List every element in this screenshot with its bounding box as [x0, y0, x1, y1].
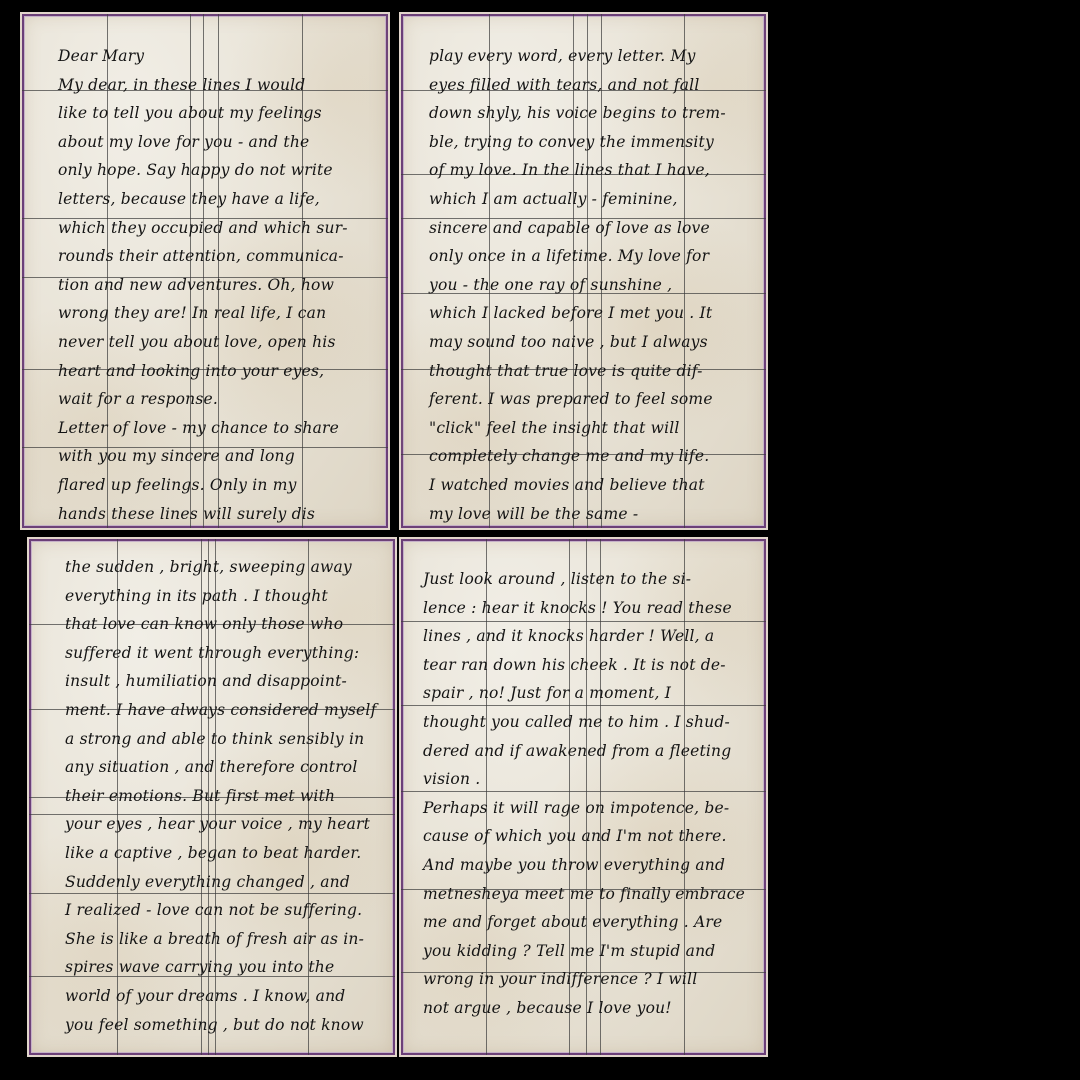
text-line: hands these lines will surely dis — [58, 500, 348, 529]
text-line: "click" feel the insight that will — [429, 414, 726, 443]
text-line: may sound too naive , but I always — [429, 328, 726, 357]
text-line: which they occupied and which sur- — [58, 214, 348, 243]
text-line: ment. I have always considered myself — [65, 696, 377, 725]
text-line: your eyes , hear your voice , my heart — [65, 810, 377, 839]
text-line: spires wave carrying you into the — [65, 953, 377, 982]
text-line: Letter of love - my chance to share — [58, 414, 348, 443]
text-line: everything in its path . I thought — [65, 582, 377, 611]
text-line: play every word, every letter. My — [429, 42, 726, 71]
text-line: Perhaps it will rage on impotence, be- — [423, 794, 745, 823]
text-line: you feel something , but do not know — [65, 1011, 377, 1040]
text-line: wrong in your indifference ? I will — [423, 965, 745, 994]
text-line: wrong they are! In real life, I can — [58, 299, 348, 328]
text-line: tear ran down his cheek . It is not de- — [423, 651, 745, 680]
text-line: Just look around , listen to the si- — [423, 565, 745, 594]
text-line: tion and new adventures. Oh, how — [58, 271, 348, 300]
letter-page-3: the sudden , bright, sweeping away every… — [27, 537, 397, 1057]
text-line: only hope. Say happy do not write — [58, 156, 348, 185]
text-line: only once in a lifetime. My love for — [429, 242, 726, 271]
text-line: wait for a response. — [58, 385, 348, 414]
text-line: I watched movies and believe that — [429, 471, 726, 500]
text-line: Dear Mary — [58, 42, 348, 71]
letter-text: the sudden , bright, sweeping away every… — [65, 553, 377, 1039]
text-line: the sudden , bright, sweeping away — [65, 553, 377, 582]
text-line: metnesheya meet me to finally embrace — [423, 880, 745, 909]
text-line: vision . — [423, 765, 745, 794]
text-line: me and forget about everything . Are — [423, 908, 745, 937]
text-line: ble, trying to convey the immensity — [429, 128, 726, 157]
text-line: thought you called me to him . I shud- — [423, 708, 745, 737]
text-line: spair , no! Just for a moment, I — [423, 679, 745, 708]
text-line: which I lacked before I met you . It — [429, 299, 726, 328]
text-line: ferent. I was prepared to feel some — [429, 385, 726, 414]
text-line: like a captive , began to beat harder. — [65, 839, 377, 868]
text-line: eyes filled with tears, and not fall — [429, 71, 726, 100]
letter-page-2: play every word, every letter. My eyes f… — [399, 12, 768, 530]
letter-text: play every word, every letter. My eyes f… — [429, 42, 726, 528]
text-line: thought that true love is quite dif- — [429, 357, 726, 386]
text-line: not argue , because I love you! — [423, 994, 745, 1023]
text-line: never tell you about love, open his — [58, 328, 348, 357]
text-line: sincere and capable of love as love — [429, 214, 726, 243]
letter-text: Dear Mary My dear, in these lines I woul… — [58, 42, 348, 528]
text-line: their emotions. But first met with — [65, 782, 377, 811]
text-line: which I am actually - feminine, — [429, 185, 726, 214]
text-line: my love will be the same - — [429, 500, 726, 529]
text-line: lines , and it knocks harder ! Well, a — [423, 622, 745, 651]
text-line: like to tell you about my feelings — [58, 99, 348, 128]
letter-page-4: Just look around , listen to the si- len… — [399, 537, 768, 1057]
text-line: She is like a breath of fresh air as in- — [65, 925, 377, 954]
text-line: lence : hear it knocks ! You read these — [423, 594, 745, 623]
text-line: flared up feelings. Only in my — [58, 471, 348, 500]
text-line: insult , humiliation and disappoint- — [65, 667, 377, 696]
text-line: cause of which you and I'm not there. — [423, 822, 745, 851]
text-line: of my love. In the lines that I have, — [429, 156, 726, 185]
text-line: Suddenly everything changed , and — [65, 868, 377, 897]
text-line: And maybe you throw everything and — [423, 851, 745, 880]
text-line: down shyly, his voice begins to trem- — [429, 99, 726, 128]
letter-page-1: Dear Mary My dear, in these lines I woul… — [20, 12, 390, 530]
text-line: world of your dreams . I know, and — [65, 982, 377, 1011]
text-line: you - the one ray of sunshine , — [429, 271, 726, 300]
text-line: rounds their attention, communica- — [58, 242, 348, 271]
text-line: heart and looking into your eyes, — [58, 357, 348, 386]
text-line: with you my sincere and long — [58, 442, 348, 471]
text-line: completely change me and my life. — [429, 442, 726, 471]
letter-text: Just look around , listen to the si- len… — [423, 565, 745, 1023]
text-line: a strong and able to think sensibly in — [65, 725, 377, 754]
text-line: My dear, in these lines I would — [58, 71, 348, 100]
text-line: dered and if awakened from a fleeting — [423, 737, 745, 766]
text-line: I realized - love can not be suffering. — [65, 896, 377, 925]
text-line: suffered it went through everything: — [65, 639, 377, 668]
text-line: that love can know only those who — [65, 610, 377, 639]
text-line: any situation , and therefore control — [65, 753, 377, 782]
text-line: letters, because they have a life, — [58, 185, 348, 214]
text-line: you kidding ? Tell me I'm stupid and — [423, 937, 745, 966]
text-line: about my love for you - and the — [58, 128, 348, 157]
